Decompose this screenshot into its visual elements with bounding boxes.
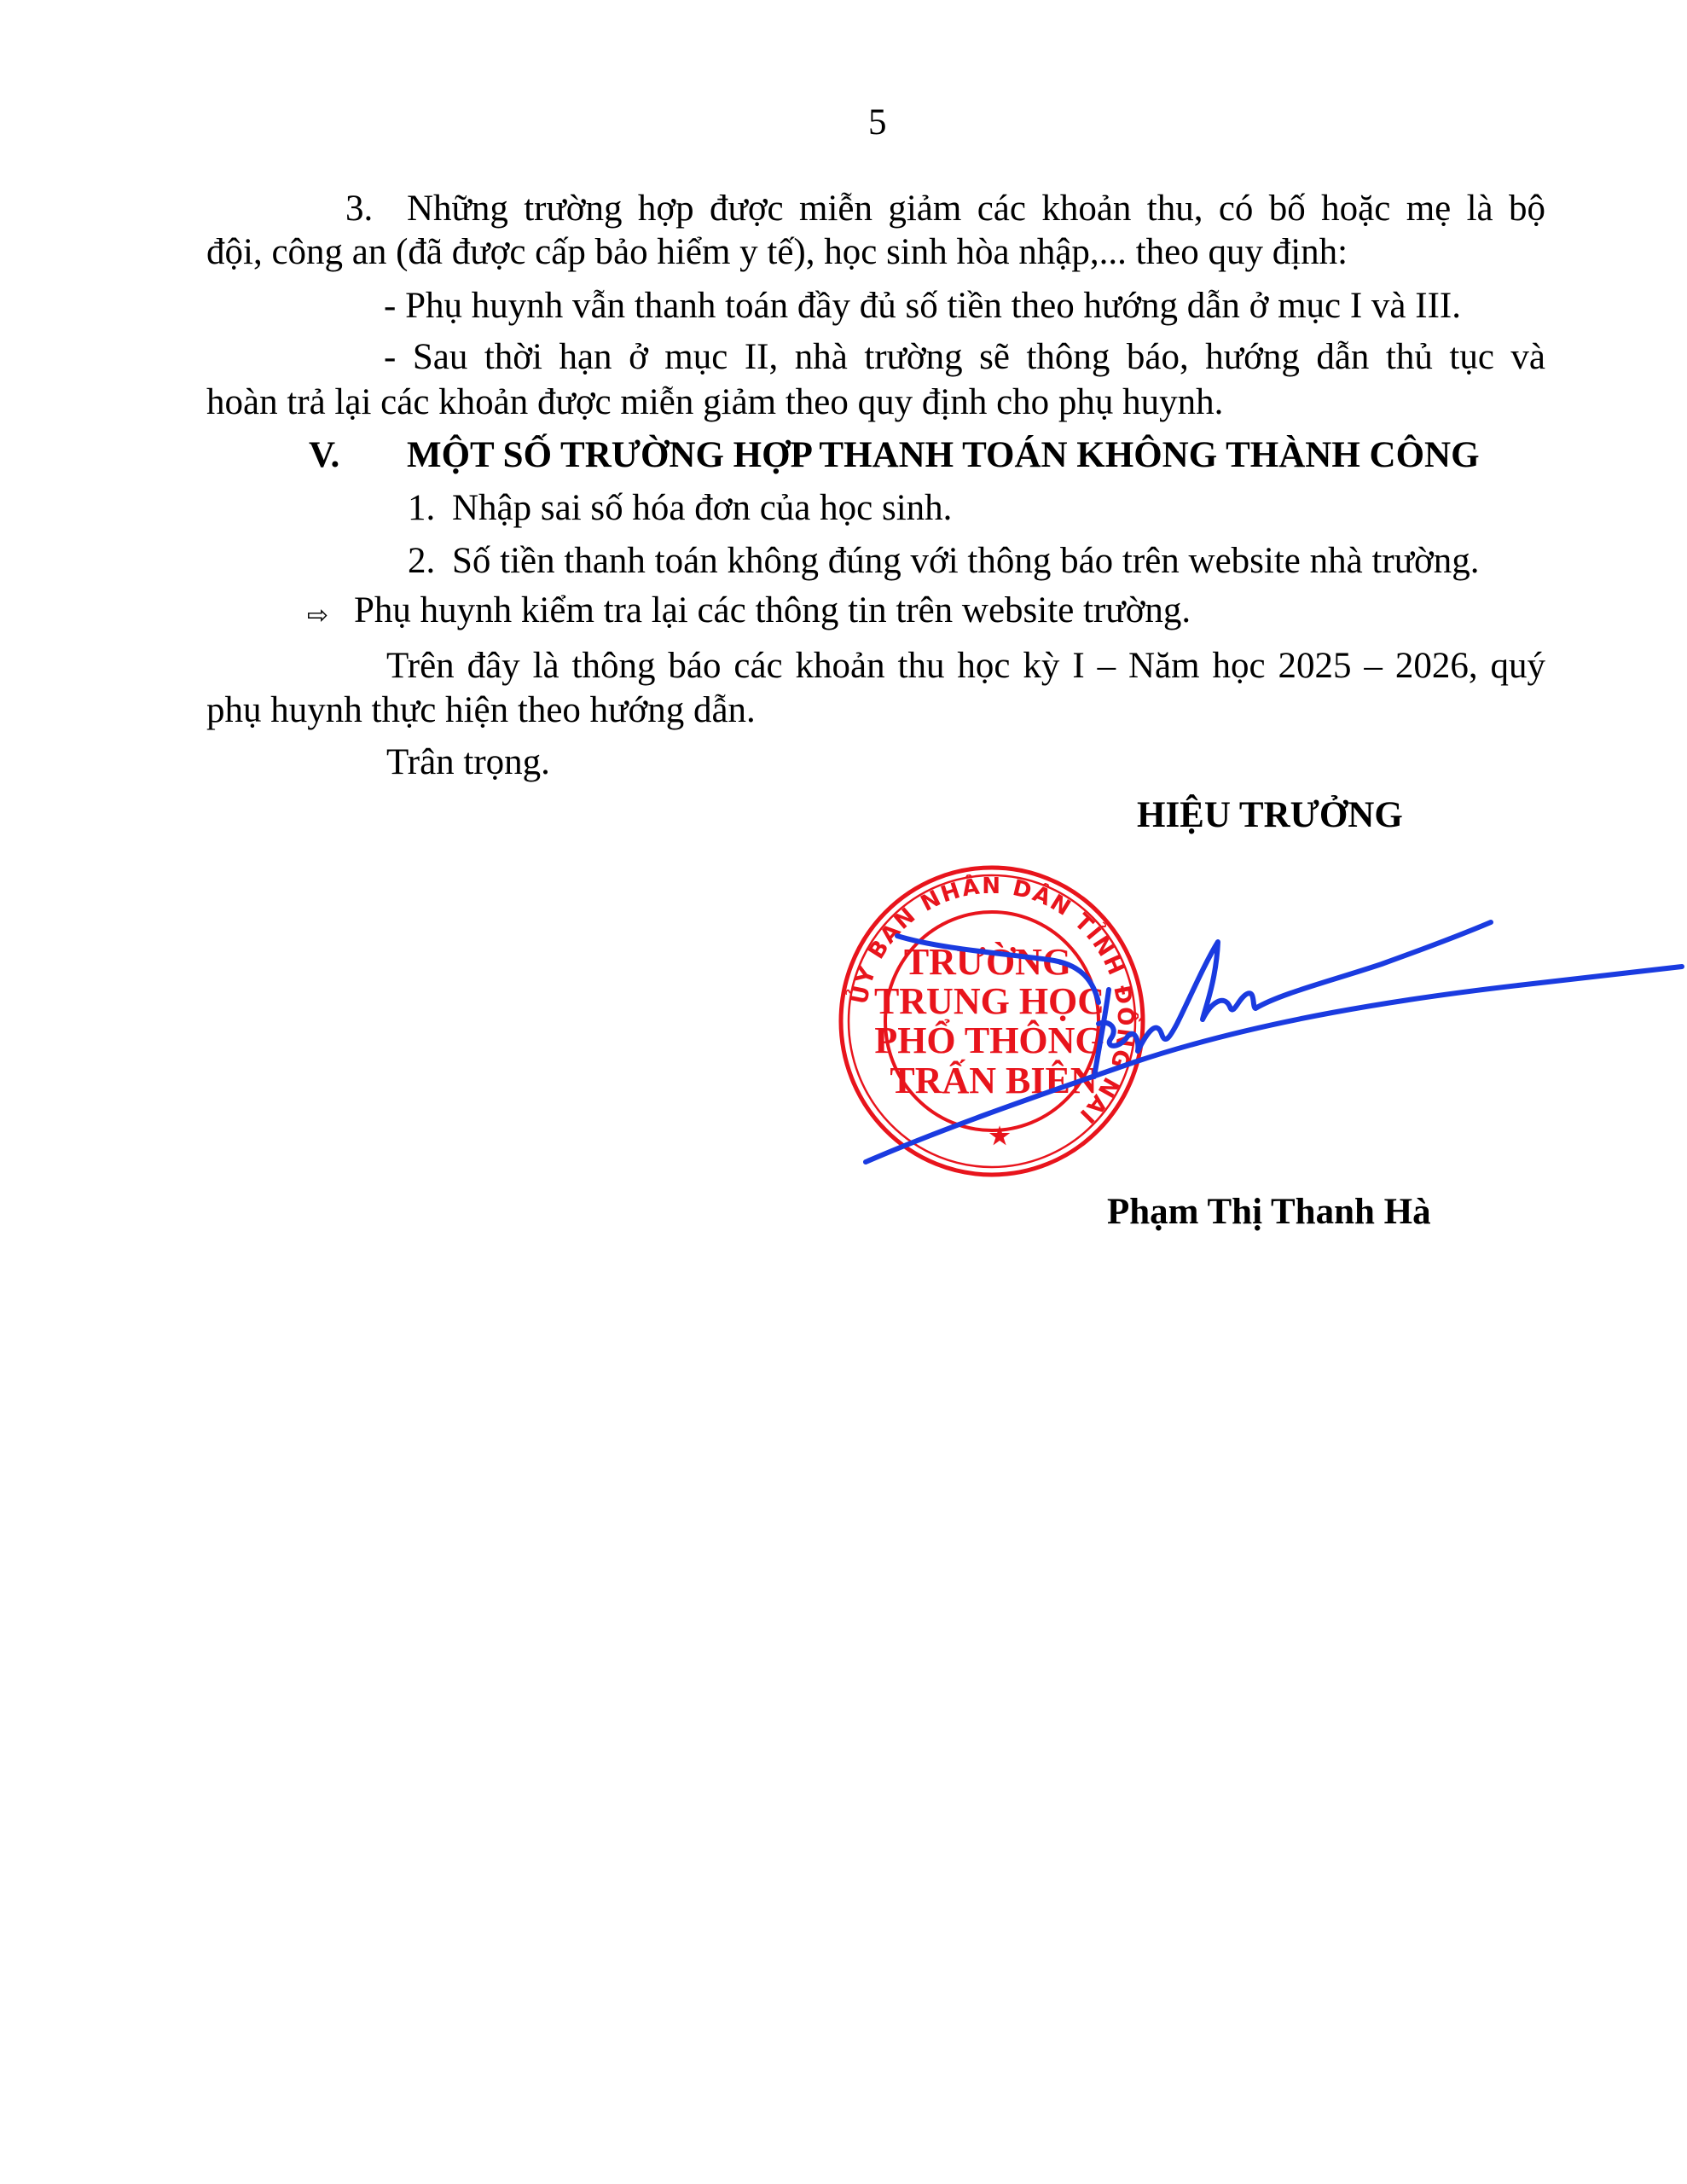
- section5-title: MỘT SỐ TRƯỜNG HỢP THANH TOÁN KHÔNG THÀNH…: [407, 437, 1480, 473]
- stamp-line-1: TRƯỜNG: [904, 941, 1071, 983]
- svg-text:ỦY BAN NHÂN DÂN TỈNH ĐỒNG NAI: ỦY BAN NHÂN DÂN TỈNH ĐỒNG NAI: [842, 872, 1143, 1129]
- star-icon: ★: [988, 1124, 1010, 1150]
- closing-line2: phụ huynh thực hiện theo hướng dẫn.: [206, 692, 756, 729]
- arrow-right-outline-icon: ⇨: [307, 597, 328, 634]
- item3-line2: đội, công an (đã được cấp bảo hiểm y tế)…: [206, 234, 1348, 270]
- section5-item1-text: Nhập sai số hóa đơn của học sinh.: [452, 490, 952, 526]
- section5-item2-number: 2.: [408, 543, 435, 579]
- closing-line1: Trên đây là thông báo các khoản thu học …: [386, 648, 1545, 684]
- item3-bullet2-line1: - Sau thời hạn ở mục II, nhà trường sẽ t…: [384, 339, 1545, 375]
- stamp-line-3: PHỔ THÔNG: [874, 1018, 1104, 1061]
- section5-item2-text: Số tiền thanh toán không đúng với thông …: [452, 543, 1480, 579]
- signer-title: HIỆU TRƯỞNG: [1137, 797, 1403, 834]
- section5-item1-number: 1.: [408, 490, 435, 526]
- stamp-line-4: TRẤN BIÊN: [890, 1059, 1097, 1101]
- document-page: 5 3. Những trường hợp được miễn giảm các…: [0, 0, 1687, 2184]
- item3-bullet1: - Phụ huynh vẫn thanh toán đầy đủ số tiề…: [384, 288, 1461, 324]
- item3-line1: Những trường hợp được miễn giảm các khoả…: [407, 190, 1545, 227]
- section5-note: Phụ huynh kiểm tra lại các thông tin trê…: [354, 592, 1191, 629]
- section5-numeral: V.: [309, 437, 339, 473]
- item3-number: 3.: [345, 190, 373, 227]
- closing-regards: Trân trọng.: [386, 744, 550, 781]
- page-number: 5: [868, 104, 887, 141]
- item3-bullet2-line2: hoàn trả lại các khoản được miễn giảm th…: [206, 384, 1223, 421]
- signer-name: Phạm Thị Thanh Hà: [1107, 1194, 1431, 1230]
- stamp-ring-text: ỦY BAN NHÂN DÂN TỈNH ĐỒNG NAI: [842, 872, 1143, 1129]
- stamp-line-2: TRUNG HỌC: [874, 980, 1104, 1022]
